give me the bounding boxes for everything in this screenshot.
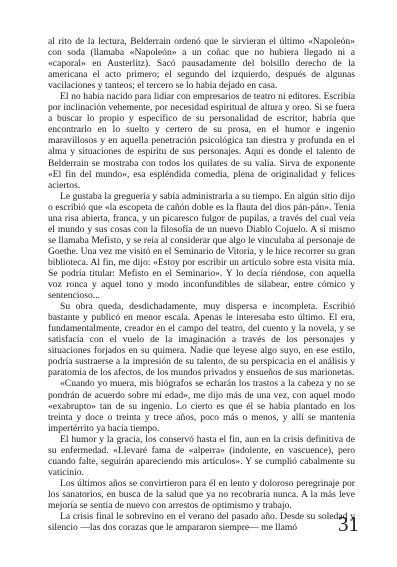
paragraph: El no había nacido para lidiar con empre…: [48, 91, 355, 190]
paragraph: La crisis final le sobrevino en el veran…: [48, 511, 355, 533]
paragraph: Le gustaba la greguería y sabía administ…: [48, 191, 355, 301]
paragraph: «Cuando yo muera, mis biógrafos se echar…: [48, 378, 355, 433]
paragraph: El humor y la gracia, los conservó hasta…: [48, 434, 355, 478]
paragraph: al rito de la lectura, Belderrain ordenó…: [48, 36, 355, 91]
page-number: 31: [338, 512, 359, 537]
page-body: al rito de la lectura, Belderrain ordenó…: [48, 36, 355, 533]
paragraph: Los últimos años se convirtieron para él…: [48, 478, 355, 511]
paragraph: Su obra queda, desdichadamente, muy disp…: [48, 301, 355, 378]
